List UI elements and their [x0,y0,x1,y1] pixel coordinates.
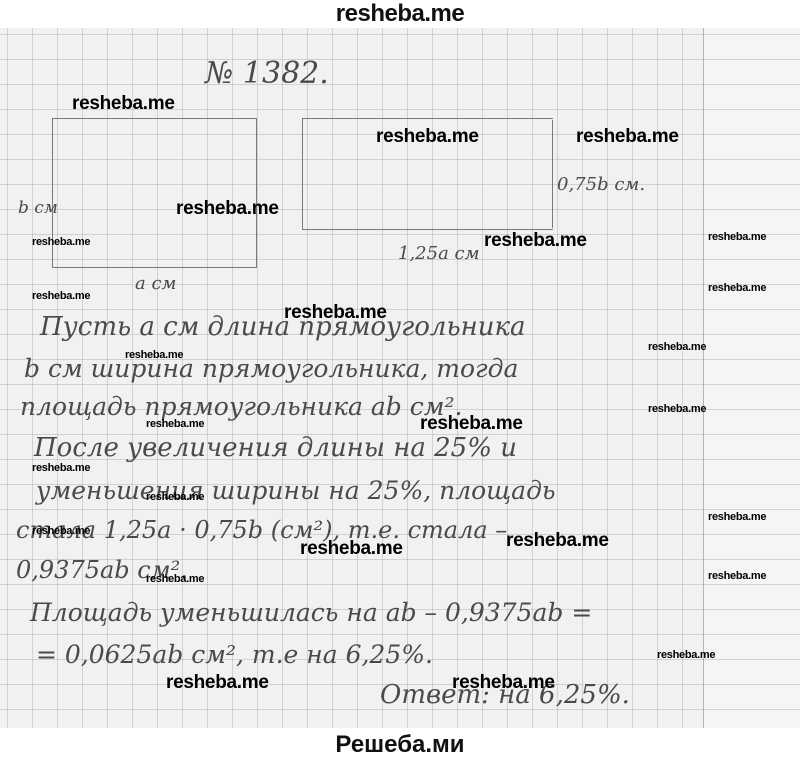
watermark: resheba.me [32,236,90,248]
problem-number: № 1382. [205,56,329,91]
watermark: resheba.me [284,302,387,324]
watermark: resheba.me [708,511,766,523]
rect1-height-label: b см [18,198,58,218]
watermark: resheba.me [576,126,679,148]
rect1-width-label: a см [135,273,176,294]
header-watermark: resheba.me [0,0,800,28]
watermark: resheba.me [420,413,523,435]
watermark: resheba.me [376,126,479,148]
margin-line [703,28,704,728]
watermark: resheba.me [708,282,766,294]
watermark: resheba.me [146,418,204,430]
solution-line-1: Пусть a см длина прямоугольника [40,312,526,342]
watermark: resheba.me [176,198,279,220]
footer-watermark: Решеба.ми [0,728,800,761]
watermark: resheba.me [72,93,175,115]
watermark: resheba.me [657,649,715,661]
modified-rectangle-right [552,120,553,228]
solution-line-3: площадь прямоугольника ab см². [20,392,462,421]
watermark: resheba.me [648,403,706,415]
rect2-height-label: 0,75b см. [557,174,645,195]
watermark: resheba.me [125,349,183,361]
solution-line-9: = 0,0625ab см², т.е на 6,25%. [36,640,433,669]
solution-line-5: уменьшения ширины на 25%, площадь [36,476,556,505]
watermark: resheba.me [146,491,204,503]
watermark: resheba.me [166,672,269,694]
watermark: resheba.me [32,525,90,537]
watermark: resheba.me [708,231,766,243]
watermark: resheba.me [484,230,587,252]
notebook-page: № 1382. b см a см 0,75b см. 1,25a см Пус… [0,28,800,728]
watermark: resheba.me [32,290,90,302]
watermark: resheba.me [32,462,90,474]
page-margin [704,28,800,728]
watermark: resheba.me [708,570,766,582]
watermark: resheba.me [506,530,609,552]
watermark: resheba.me [452,672,555,694]
rect2-width-label: 1,25a см [398,243,480,264]
watermark: resheba.me [146,573,204,585]
watermark: resheba.me [648,341,706,353]
solution-line-2: b см ширина прямоугольника, тогда [24,354,518,383]
solution-line-4: После увеличения длины на 25% и [34,433,517,463]
watermark: resheba.me [300,538,403,560]
solution-line-8: Площадь уменьшилась на ab – 0,9375ab = [30,598,592,627]
